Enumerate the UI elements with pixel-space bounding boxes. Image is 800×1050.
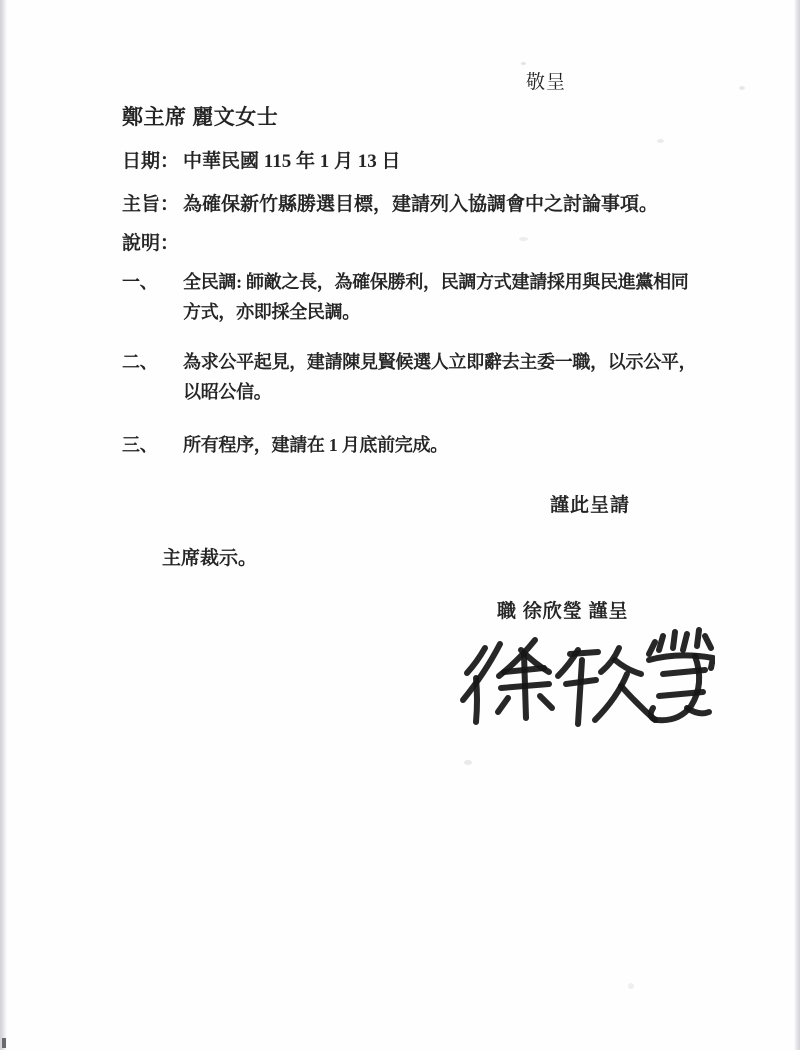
date-line: 日期：中華民國 115 年 1 月 13 日 — [122, 146, 400, 173]
list-item-3-text: 所有程序，建請在 1 月底前完成。 — [183, 430, 703, 460]
date-value: 中華民國 115 年 1 月 13 日 — [183, 151, 400, 172]
list-item-2-marker: 二、 — [122, 347, 157, 377]
explanation-label: 說明： — [122, 228, 179, 255]
scan-speck — [521, 62, 526, 65]
date-label: 日期： — [122, 146, 179, 173]
scanned-letter-page: 敬呈 鄭主席 麗文女士 日期：中華民國 115 年 1 月 13 日 主旨：為確… — [0, 0, 800, 1050]
closing-phrase: 謹此呈請 — [550, 490, 630, 517]
scan-speck — [628, 983, 634, 989]
scan-speck — [657, 139, 664, 143]
scan-edge-shadow-left — [0, 0, 7, 1050]
salutation: 敬呈 — [526, 67, 566, 94]
recipient-line: 鄭主席 麗文女士 — [122, 101, 278, 131]
list-item-1-text: 全民調: 師敵之長，為確保勝利，民調方式建請採用與民進黨相同方式，亦即採全民調。 — [183, 267, 703, 327]
list-item-1-marker: 一、 — [122, 267, 157, 297]
scan-speck — [739, 86, 745, 90]
subject-line: 主旨：為確保新竹縣勝選目標，建請列入協調會中之討論事項。 — [122, 189, 658, 216]
closing-request: 主席裁示。 — [162, 543, 257, 570]
scan-corner-artifact — [2, 1038, 6, 1048]
scan-edge-shadow-right — [794, 0, 800, 1050]
scan-speck — [464, 760, 472, 765]
subject-label: 主旨： — [122, 189, 179, 216]
handwritten-signature-image — [445, 616, 715, 736]
subject-value: 為確保新竹縣勝選目標，建請列入協調會中之討論事項。 — [183, 194, 658, 215]
scan-speck — [519, 237, 528, 241]
list-item-2-text: 為求公平起見，建請陳見賢候選人立即辭去主委一職，以示公平，以昭公信。 — [183, 347, 703, 407]
list-item-3-marker: 三、 — [122, 430, 157, 460]
